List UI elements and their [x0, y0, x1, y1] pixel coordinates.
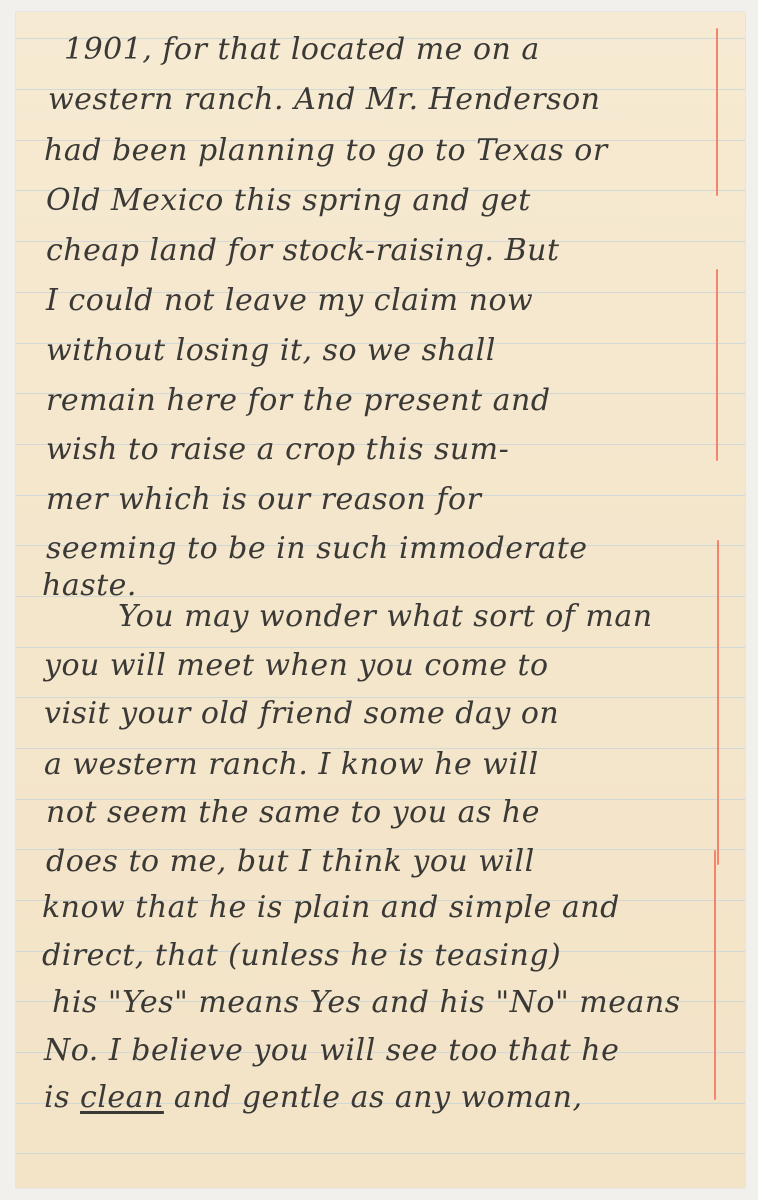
text-line: No. I believe you will see too that he [44, 1033, 619, 1068]
text-line: not seem the same to you as he [46, 795, 540, 830]
text-line: a western ranch. I know he will [44, 747, 539, 782]
text-line: without losing it, so we shall [46, 333, 496, 368]
margin-line [714, 850, 716, 1100]
text-line: visit your old friend some day on [44, 696, 559, 731]
text-line: does to me, but I think you will [46, 844, 535, 879]
text-line: haste. [42, 568, 137, 603]
text-line: remain here for the present and [46, 383, 551, 418]
text-line: seeming to be in such immoderate [46, 531, 588, 566]
paragraph-start-line: You may wonder what sort of man [118, 599, 653, 634]
text-line: cheap land for stock-raising. But [46, 233, 560, 268]
margin-line [716, 28, 718, 196]
text-segment: and gentle as any woman, [164, 1080, 583, 1115]
text-line: know that he is plain and simple and [42, 890, 620, 925]
text-line: direct, that (unless he is teasing) [42, 938, 561, 973]
text-line: mer which is our reason for [46, 482, 481, 517]
text-line: you will meet when you come to [44, 648, 549, 683]
text-line: is clean and gentle as any woman, [44, 1080, 583, 1115]
text-line: wish to raise a crop this sum- [46, 432, 509, 467]
text-line: his "Yes" means Yes and his "No" means [52, 985, 681, 1020]
ruled-line [16, 1153, 745, 1154]
underlined-word: clean [80, 1080, 164, 1115]
text-line: I could not leave my claim now [46, 283, 533, 318]
text-line: 1901, for that located me on a [64, 32, 540, 67]
text-segment: is [44, 1080, 80, 1115]
text-line: had been planning to go to Texas or [44, 133, 608, 168]
margin-line [717, 540, 719, 865]
text-line: western ranch. And Mr. Henderson [48, 82, 600, 117]
letter-page: 1901, for that located me on a western r… [16, 12, 745, 1188]
text-line: Old Mexico this spring and get [46, 183, 531, 218]
margin-line [716, 269, 718, 461]
